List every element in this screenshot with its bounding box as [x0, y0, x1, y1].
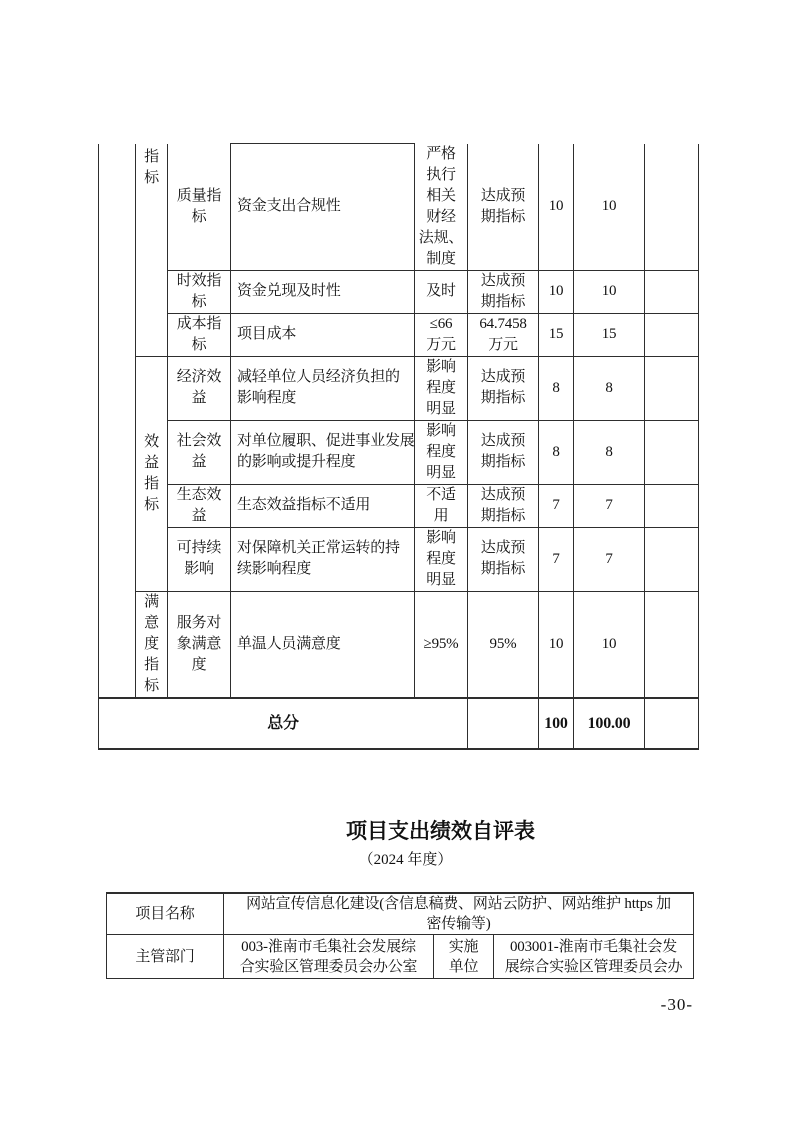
- section-subtitle: （2024 年度）: [0, 849, 793, 871]
- points-cell: 10: [539, 144, 574, 271]
- table-row: 时效指 标 资金兑现及时性 及时 达成预 期指标 10 10: [99, 270, 699, 313]
- table-row: 主管部门 003-淮南市毛集社会发展综 合实验区管理委员会办公室 实施 单位 0…: [107, 935, 694, 979]
- actual-value-cell: 达成预 期指标: [468, 527, 539, 591]
- target-value-cell: ≥95%: [415, 591, 468, 698]
- actual-value-cell: 达成预 期指标: [468, 270, 539, 313]
- indicator-super-column-cell: [99, 144, 136, 698]
- remark-cell: [645, 270, 699, 313]
- level1-benefit-indicator-cell: 效 益 指 标: [136, 356, 168, 591]
- table-row: 社会效 益 对单位履职、促进事业发展 的影响或提升程度 影响 程度 明显 达成预…: [99, 420, 699, 484]
- table-row: 满 意 度 指 标 服务对 象满意 度 单温人员满意度 ≥95% 95% 10 …: [99, 591, 699, 698]
- table-row: 效 益 指 标 经济效 益 减轻单位人员经济负担的 影响程度 影响 程度 明显 …: [99, 356, 699, 420]
- level2-indicator-cell: 成本指 标: [168, 313, 231, 356]
- indicator-name-cell: 项目成本: [231, 313, 415, 356]
- remark-cell: [645, 144, 699, 271]
- indicator-name-cell: 对单位履职、促进事业发展 的影响或提升程度: [231, 420, 415, 484]
- points-cell: 8: [539, 420, 574, 484]
- level2-indicator-cell: 可持续 影响: [168, 527, 231, 591]
- level1-output-indicator-cell: 指 标: [136, 144, 168, 357]
- points-cell: 15: [539, 313, 574, 356]
- self-evaluation-table: 项目名称 网站宣传信息化建设(含信息稿费、网站云防护、网站维护 https 加 …: [106, 892, 694, 979]
- total-score-cell: 100.00: [574, 698, 645, 749]
- project-name-label-cell: 项目名称: [107, 893, 224, 935]
- actual-value-cell: 达成预 期指标: [468, 144, 539, 271]
- level2-indicator-cell: 经济效 益: [168, 356, 231, 420]
- total-points-cell: 100: [539, 698, 574, 749]
- indicator-name-cell: 单温人员满意度: [231, 591, 415, 698]
- indicator-name-cell: 减轻单位人员经济负担的 影响程度: [231, 356, 415, 420]
- level2-indicator-cell: 服务对 象满意 度: [168, 591, 231, 698]
- actual-value-cell: 达成预 期指标: [468, 484, 539, 527]
- remark-cell: [645, 527, 699, 591]
- department-label-cell: 主管部门: [107, 935, 224, 979]
- table-row: 生态效 益 生态效益指标不适用 不适 用 达成预 期指标 7 7: [99, 484, 699, 527]
- target-value-cell: 影响 程度 明显: [415, 420, 468, 484]
- level1-satisfaction-indicator-cell: 满 意 度 指 标: [136, 591, 168, 698]
- performance-indicator-table: 指 标 质量指 标 资金支出合规性 严格 执行 相关 财经 法规、 制度 达成预…: [98, 143, 699, 750]
- page-number: -30-: [0, 995, 793, 1015]
- score-cell: 10: [574, 270, 645, 313]
- remark-cell: [645, 420, 699, 484]
- table-row: 项目名称 网站宣传信息化建设(含信息稿费、网站云防护、网站维护 https 加 …: [107, 893, 694, 935]
- remark-cell: [645, 313, 699, 356]
- document-page: 指 标 质量指 标 资金支出合规性 严格 执行 相关 财经 法规、 制度 达成预…: [0, 0, 793, 1122]
- section-title: 项目支出绩效自评表: [0, 816, 793, 846]
- indicator-name-cell: 生态效益指标不适用: [231, 484, 415, 527]
- score-cell: 10: [574, 591, 645, 698]
- score-cell: 8: [574, 420, 645, 484]
- target-value-cell: 影响 程度 明显: [415, 356, 468, 420]
- points-cell: 10: [539, 591, 574, 698]
- implementing-unit-label-cell: 实施 单位: [434, 935, 494, 979]
- score-cell: 10: [574, 144, 645, 271]
- level2-indicator-cell: 质量指 标: [168, 144, 231, 271]
- remark-cell: [645, 591, 699, 698]
- points-cell: 7: [539, 484, 574, 527]
- implementing-unit-value-cell: 003001-淮南市毛集社会发 展综合实验区管理委员会办: [494, 935, 694, 979]
- level2-indicator-cell: 生态效 益: [168, 484, 231, 527]
- project-name-value-cell: 网站宣传信息化建设(含信息稿费、网站云防护、网站维护 https 加 密传输等): [224, 893, 694, 935]
- points-cell: 7: [539, 527, 574, 591]
- total-row: 总分 100 100.00: [99, 698, 699, 749]
- target-value-cell: ≤66 万元: [415, 313, 468, 356]
- remark-cell: [645, 698, 699, 749]
- total-label-cell: 总分: [99, 698, 468, 749]
- remark-cell: [645, 356, 699, 420]
- target-value-cell: 影响 程度 明显: [415, 527, 468, 591]
- actual-value-cell: 达成预 期指标: [468, 420, 539, 484]
- actual-value-cell: 95%: [468, 591, 539, 698]
- score-cell: 7: [574, 527, 645, 591]
- indicator-name-cell: 资金兑现及时性: [231, 270, 415, 313]
- score-cell: 7: [574, 484, 645, 527]
- total-empty-cell: [468, 698, 539, 749]
- table-row: 成本指 标 项目成本 ≤66 万元 64.7458 万元 15 15: [99, 313, 699, 356]
- remark-cell: [645, 484, 699, 527]
- points-cell: 10: [539, 270, 574, 313]
- table-row: 可持续 影响 对保障机关正常运转的持 续影响程度 影响 程度 明显 达成预 期指…: [99, 527, 699, 591]
- target-value-cell: 严格 执行 相关 财经 法规、 制度: [415, 144, 468, 271]
- indicator-name-cell: 资金支出合规性: [231, 144, 415, 271]
- level2-indicator-cell: 社会效 益: [168, 420, 231, 484]
- score-cell: 15: [574, 313, 645, 356]
- actual-value-cell: 64.7458 万元: [468, 313, 539, 356]
- department-value-cell: 003-淮南市毛集社会发展综 合实验区管理委员会办公室: [224, 935, 434, 979]
- table-row: 指 标 质量指 标 资金支出合规性 严格 执行 相关 财经 法规、 制度 达成预…: [99, 144, 699, 271]
- indicator-name-cell: 对保障机关正常运转的持 续影响程度: [231, 527, 415, 591]
- target-value-cell: 不适 用: [415, 484, 468, 527]
- actual-value-cell: 达成预 期指标: [468, 356, 539, 420]
- points-cell: 8: [539, 356, 574, 420]
- level2-indicator-cell: 时效指 标: [168, 270, 231, 313]
- score-cell: 8: [574, 356, 645, 420]
- target-value-cell: 及时: [415, 270, 468, 313]
